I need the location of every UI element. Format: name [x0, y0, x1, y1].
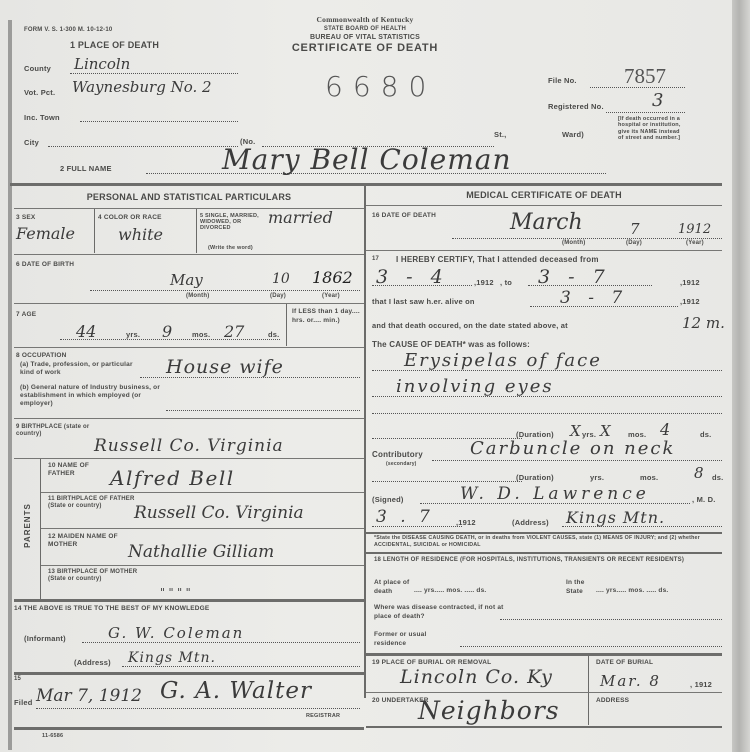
father-name-label: 10 NAME OF FATHER: [48, 462, 108, 477]
father-birthplace-value: Russell Co. Virginia: [134, 503, 304, 523]
mother-birthplace-label: 13 BIRTHPLACE OF MOTHER (State or countr…: [48, 569, 138, 583]
form-number: FORM V. S. 1-300 M. 10-12-10: [24, 27, 112, 33]
age-label: 7 AGE: [16, 311, 36, 318]
marital-status-note: (Write the word): [208, 245, 253, 251]
residence-label: 18 LENGTH OF RESIDENCE (FOR HOSPITALS, I…: [374, 557, 720, 564]
residence-at-place-label: At place of death: [374, 578, 414, 596]
contrib-duration-yrs-label: yrs.: [590, 473, 604, 482]
undertaker-address-label: ADDRESS: [596, 697, 629, 704]
attended-to-label: , to: [500, 278, 512, 287]
burial-date-value: Mar. 8: [600, 672, 661, 690]
dod-year-caption: (Year): [686, 240, 704, 246]
registrar-label: REGISTRAR: [306, 713, 340, 719]
parents-section-label: PARENTS: [14, 470, 40, 580]
contrib-duration-days: 8: [694, 464, 704, 482]
file-number: 7857: [624, 64, 666, 89]
cause-footnote: *State the DISEASE CAUSING DEATH, or in …: [374, 535, 720, 549]
sex-label: 3 SEX: [16, 214, 35, 221]
hospital-note: [If death occurred in a hospital or inst…: [618, 116, 686, 141]
burial-date-year: , 1912: [690, 680, 712, 689]
dod-year: 1912: [678, 222, 711, 237]
dob-year: 1862: [312, 268, 353, 287]
filed-label: Filed: [14, 698, 33, 707]
contrib-duration-ds-label: ds.: [712, 473, 723, 482]
age-days: 27: [224, 322, 244, 341]
contributory-secondary-label: (secondary): [386, 461, 417, 467]
dob-day: 10: [272, 271, 290, 287]
dob-year-caption: (Year): [322, 293, 340, 299]
death-time-value: 12 m.: [682, 314, 725, 332]
filed-number: 15: [14, 676, 21, 682]
burial-place-value: Lincoln Co. Ky: [400, 666, 553, 688]
age-months: 9: [162, 322, 172, 341]
attended-to-date: 3 - 7: [538, 266, 611, 288]
footer-code: 11-6586: [42, 733, 63, 739]
residence-state-value: .... yrs..... mos. ..... ds.: [596, 587, 668, 594]
contrib-duration-mos-label: mos.: [640, 473, 658, 482]
marital-status-label: 5 SINGLE, MARRIED, WIDOWED, OR DIVORCED: [200, 213, 260, 232]
last-saw-label: that I last saw h.er. alive on: [372, 297, 475, 306]
registered-no-label: Registered No.: [548, 102, 604, 111]
dod-month-caption: (Month): [562, 240, 585, 246]
commonwealth-title: Commonwealth of Kentucky: [255, 15, 475, 24]
occupation-label: 8 OCCUPATION: [16, 352, 67, 359]
county-value: Lincoln: [74, 55, 130, 73]
former-residence-label: Former or usual residence: [374, 630, 434, 648]
occupation-industry-label: (b) General nature of Industry business,…: [20, 384, 170, 408]
attended-from-year: ,1912: [474, 278, 494, 287]
physician-address-value: Kings Mtn.: [566, 508, 665, 527]
age-years: 44: [76, 322, 96, 341]
county-label: County: [24, 64, 51, 73]
marital-status-value: married: [268, 208, 333, 227]
death-time-label: and that death occured, on the date stat…: [372, 321, 568, 330]
mother-name-value: Nathallie Gilliam: [128, 542, 274, 562]
certify-statement: I HEREBY CERTIFY, That I attended deceas…: [396, 255, 599, 264]
informant-address-label: (Address): [74, 658, 111, 667]
full-name-label: 2 FULL NAME: [60, 164, 112, 173]
undertaker-value: Neighbors: [418, 696, 560, 725]
less-than-day-label: If LESS than 1 day.... hrs. or.... min.): [292, 307, 362, 325]
dob-month: May: [170, 271, 203, 289]
father-birthplace-label: 11 BIRTHPLACE OF FATHER (State or countr…: [48, 496, 138, 510]
death-certificate: FORM V. S. 1-300 M. 10-12-10 1 PLACE OF …: [0, 0, 750, 752]
dob-label: 6 DATE OF BIRTH: [16, 261, 74, 268]
physician-address-label: (Address): [512, 518, 549, 527]
contrib-duration-label: (Duration): [516, 473, 554, 482]
attended-from-date: 3 - 4: [376, 266, 449, 288]
full-name-value: Mary Bell Coleman: [222, 143, 512, 176]
city-label: City: [24, 138, 39, 147]
father-name-value: Alfred Bell: [110, 466, 235, 490]
burial-place-label: 19 PLACE OF BURIAL OR REMOVAL: [372, 659, 491, 666]
registered-number: 3: [652, 90, 663, 111]
mother-name-label: 12 MAIDEN NAME OF MOTHER: [48, 533, 138, 548]
dob-month-caption: (Month): [186, 293, 209, 299]
bureau-title: BUREAU OF VITAL STATISTICS: [255, 34, 475, 41]
informant-label: (Informant): [24, 634, 66, 643]
medical-heading: MEDICAL CERTIFICATE OF DEATH: [366, 190, 722, 200]
dod-day: 7: [630, 220, 640, 238]
document-title: CERTIFICATE OF DEATH: [255, 42, 475, 54]
occupation-trade-value: House wife: [166, 356, 284, 378]
age-days-label: ds.: [268, 330, 279, 339]
residence-state-label: In the State: [566, 578, 596, 596]
signed-year: ,1912: [456, 518, 476, 527]
dob-day-caption: (Day): [270, 293, 286, 299]
signed-label: (Signed): [372, 495, 404, 504]
occupation-trade-label: (a) Trade, profession, or particular kin…: [20, 361, 140, 377]
birthplace-value: Russell Co. Virginia: [94, 436, 284, 456]
mother-birthplace-value: " " " ": [160, 586, 191, 599]
file-no-label: File No.: [548, 76, 577, 85]
cause-duration-ds-label: ds.: [700, 430, 711, 439]
informant-value: G. W. Coleman: [108, 624, 244, 642]
color-race-label: 4 COLOR OR RACE: [98, 214, 162, 221]
md-label: , M. D.: [692, 495, 715, 504]
age-months-label: mos.: [192, 330, 210, 339]
last-saw-year: ,1912: [680, 297, 700, 306]
street-label: St.,: [494, 130, 506, 139]
physician-signature: W. D. Lawrence: [460, 484, 650, 504]
attended-to-year: ,1912: [680, 278, 700, 287]
vot-pct-value: Waynesburg No. 2: [72, 78, 212, 96]
residence-at-place-value: .... yrs..... mos. ..... ds.: [414, 587, 486, 594]
personal-heading: PERSONAL AND STATISTICAL PARTICULARS: [14, 192, 364, 202]
last-saw-date: 3 - 7: [560, 288, 628, 308]
dod-label: 16 DATE OF DEATH: [372, 212, 436, 219]
dod-day-caption: (Day): [626, 240, 642, 246]
dod-month: March: [510, 210, 583, 235]
ward-label: Ward): [562, 130, 584, 139]
cause-duration-days: 4: [660, 420, 670, 439]
page-edge: [8, 20, 12, 750]
page-shadow: [732, 0, 750, 752]
contributory-label: Contributory: [372, 450, 423, 459]
contracted-label: Where was disease contracted, if not at …: [374, 603, 514, 621]
certify-number: 17: [372, 256, 379, 262]
registrar-signature: G. A. Walter: [160, 678, 312, 704]
informant-statement: 14 THE ABOVE IS TRUE TO THE BEST OF MY K…: [14, 605, 209, 612]
inc-town-label: Inc. Town: [24, 113, 60, 122]
age-years-label: yrs.: [126, 330, 140, 339]
cause-label: The CAUSE OF DEATH* was as follows:: [372, 340, 530, 349]
filed-date: Mar 7, 1912: [36, 686, 142, 706]
certificate-number: 6680: [325, 70, 436, 103]
contributory-value: Carbuncle on neck: [470, 438, 675, 459]
vot-pct-label: Vot. Pct.: [24, 88, 55, 97]
sex-value: Female: [16, 224, 75, 243]
board-title: STATE BOARD OF HEALTH: [255, 26, 475, 32]
cause-line-2: involving eyes: [396, 376, 554, 397]
informant-address-value: Kings Mtn.: [128, 650, 216, 666]
birthplace-label: 9 BIRTHPLACE (state or country): [16, 424, 106, 438]
signed-date: 3 . 7: [376, 507, 434, 527]
certificate-header: Commonwealth of Kentucky STATE BOARD OF …: [255, 15, 475, 54]
burial-date-label: DATE OF BURIAL: [596, 659, 653, 666]
cause-line-1: Erysipelas of face: [404, 350, 602, 371]
color-race-value: white: [118, 225, 163, 244]
place-of-death-heading: 1 PLACE OF DEATH: [70, 40, 159, 50]
